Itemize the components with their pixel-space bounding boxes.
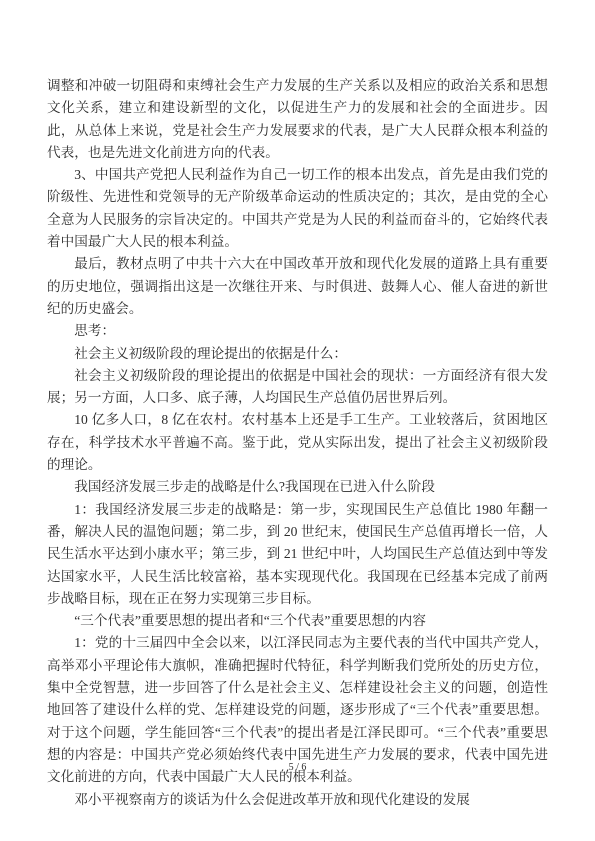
- paragraph-point-3: 3、中国共产党把人民利益作为自己一切工作的根本出发点，首先是由我们党的阶级性、先…: [47, 164, 548, 253]
- paragraph-answer-primary-stage: 社会主义初级阶段的理论提出的依据是中国社会的现状：一方面经济有很大发展；另一方面…: [47, 365, 548, 410]
- page-number: 5 / 6: [0, 762, 595, 773]
- paragraph-continuation: 调整和冲破一切阻碍和束缚社会生产力发展的生产关系以及相应的政治关系和思想文化关系…: [47, 75, 548, 164]
- document-body: 调整和冲破一切阻碍和束缚社会生产力发展的生产关系以及相应的政治关系和思想文化关系…: [47, 75, 548, 811]
- document-page: 调整和冲破一切阻碍和束缚社会生产力发展的生产关系以及相应的政治关系和思想文化关系…: [0, 0, 595, 841]
- paragraph-population: 10 亿多人口，8 亿在农村。农村基本上还是手工生产。工业较落后，贫困地区存在，…: [47, 409, 548, 476]
- paragraph-answer-three-steps: 1：我国经济发展三步走的战略是：第一步，实现国民生产总值比 1980 年翻一番，…: [47, 499, 548, 610]
- paragraph-question-primary-stage: 社会主义初级阶段的理论提出的依据是什么：: [47, 343, 548, 365]
- paragraph-question-three-represents: “三个代表”重要思想的提出者和“三个代表”重要思想的内容: [47, 610, 548, 632]
- paragraph-question-southern-tour: 邓小平视察南方的谈话为什么会促进改革开放和现代化建设的发展: [47, 789, 548, 811]
- paragraph-think-label: 思考：: [47, 320, 548, 342]
- paragraph-question-three-steps: 我国经济发展三步走的战略是什么?我国现在已进入什么阶段: [47, 476, 548, 498]
- paragraph-conclusion: 最后，教材点明了中共十六大在中国改革开放和现代化发展的道路上具有重要的历史地位，…: [47, 253, 548, 320]
